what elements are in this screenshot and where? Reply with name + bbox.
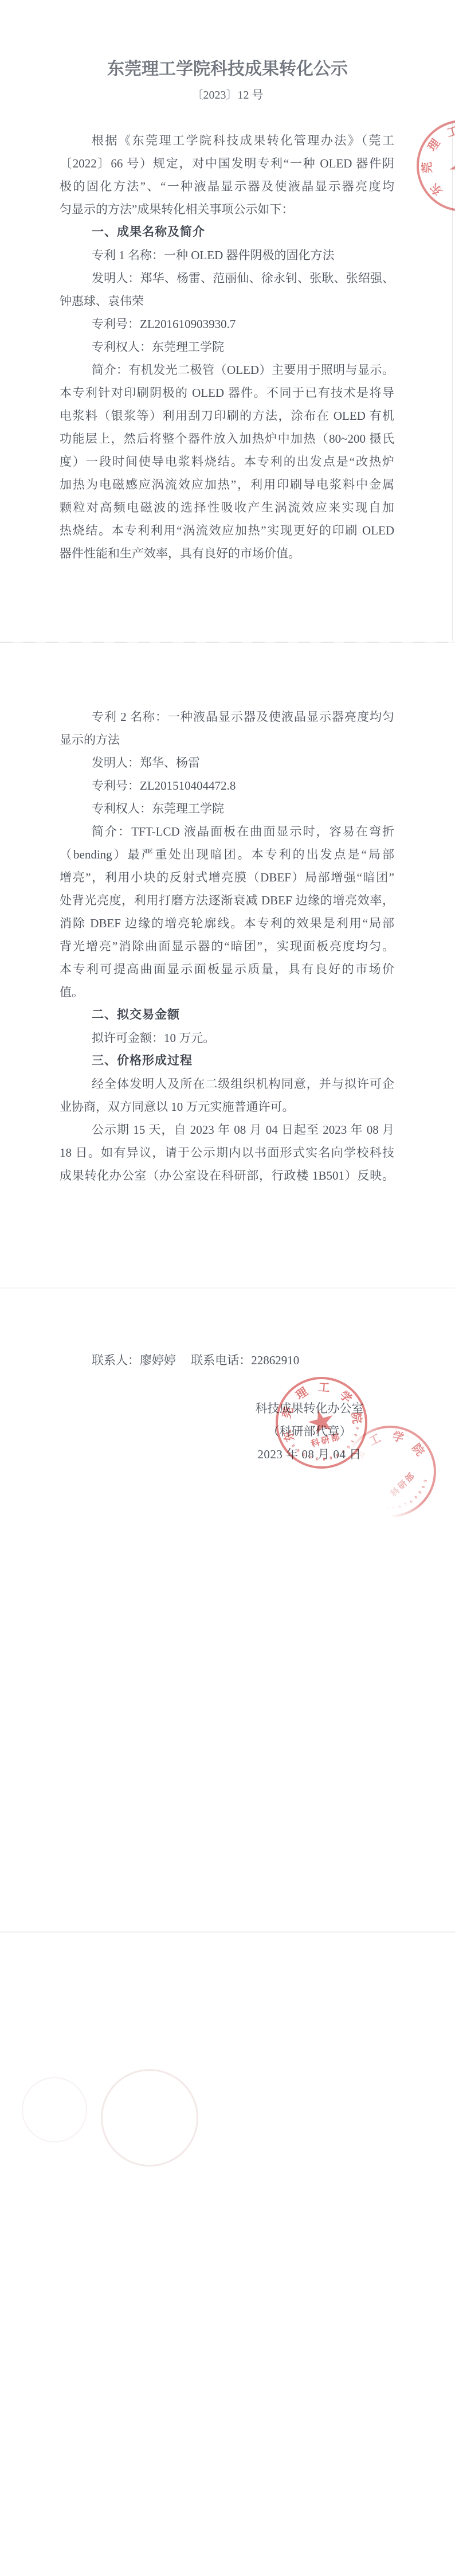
seal-serial-digit: 8 [386,1506,389,1511]
patent2-name-cont: 显示的方法 [60,728,394,751]
patent1-owner: 专利权人：东莞理工学院 [60,335,394,358]
patent2-name: 专利 2 名称：一种液晶显示器及使液晶显示器亮度均匀 [60,705,394,728]
seal-org-char: 院 [410,1442,426,1458]
text-line: 匀显示的方法”成果转化相关事项公示如下： [60,198,394,221]
seal-serial-digit: 7 [404,1502,408,1508]
patent1-summary-line: 加热为电磁感应涡流效应加热”，利用印刷导电浆料中金属 [60,473,394,496]
signature-block: 科技成果转化办公室 （科研部代章） 2023 年 08 月 04 日 [250,1397,369,1466]
seal-org-char: 理 [426,137,442,153]
publicity-period-line: 18 日。如有异议，请于公示期内以书面形式实名向学校科技 [60,1141,394,1164]
patent2-summary-line: 处背光亮度，利用打磨方法逐渐衰减 DBEF 边缘的增亮效率， [60,889,394,912]
seal-org-char: 莞 [422,162,434,174]
seal-serial-digit: 0 [421,1485,426,1489]
seal-org-char: 工 [318,1381,330,1394]
patent1-inventors: 发明人：郑华、杨雷、范丽仙、徐永钊、张耿、张绍强、 [60,267,394,290]
patent1-summary-line: 颗粒对高频电磁波的选择性吸收产生涡流效应来实现自加 [60,496,394,519]
seal-org-char: 工 [446,125,455,139]
seal-org-char: 学 [391,1431,405,1445]
seal-serial-digit: 0 [414,1495,418,1500]
section-heading-1: 一、成果名称及简介 [60,221,394,244]
page-break-divider [0,1287,455,1289]
seal-ring [399,102,455,230]
body-text-page2: 专利 2 名称：一种液晶显示器及使液晶显示器亮度均匀 显示的方法 发明人：郑华、… [60,705,394,1187]
document-title: 东莞理工学院科技成果转化公示 [0,57,455,81]
patent1-summary-line: 本专利针对印刷阴极的 OLED 器件。不同于已有技术是将导 [60,381,394,404]
scan-edge-artifact [452,122,453,641]
text-line: 〔2022〕66 号）规定，对中国发明专利“一种 OLED 器件阴 [60,152,394,175]
text-line: 根据《东莞理工学院科技成果转化管理办法》（莞工 [60,129,394,152]
patent1-number: 专利号：ZL201610903930.7 [60,313,394,335]
patent1-inventors-cont: 钟惠球、袁伟荣 [60,290,394,313]
seal-serial-digit: 5 [423,1480,428,1483]
patent2-summary-line: （bending）最严重处出现暗团。本专利的出发点是“局部 [60,843,394,866]
contact-info: 联系人：廖婷婷 联系电话：22862910 [60,1349,394,1372]
patent1-summary-line: 器件性能和生产效率，具有良好的市场价值。 [60,542,394,565]
seal-serial-digit: 9 [392,1506,395,1511]
body-text-page1: 根据《东莞理工学院科技成果转化管理办法》（莞工 〔2022〕66 号）规定，对中… [60,129,394,565]
patent1-summary-line: 电浆料（银浆等）利用刮刀印刷的方法，涂布在 OLED 有机 [60,404,394,427]
price-process-line: 经全体发明人及所在二级组织机构同意，并与拟许可企 [60,1072,394,1095]
page-break-divider [0,642,455,643]
seal-org-char: 工 [367,1433,383,1448]
patent2-inventors: 发明人：郑华、杨雷 [60,751,394,774]
section-heading-2: 二、拟交易金额 [60,1004,394,1027]
seal-serial-digit: 0 [418,1490,423,1495]
official-seal-partial-top: 东 莞 理 工 学 院 科研部 [399,102,455,230]
patent2-summary-line: 背光增亮”消除曲面显示器的“暗团”，实现面板亮度均匀。 [60,935,394,958]
price-process-line: 业协商，双方同意以 10 万元实施普通许可。 [60,1095,394,1118]
patent1-name: 专利 1 名称：一种 OLED 器件阴极的固化方法 [60,244,394,267]
patent1-summary-line: 功能层上，然后将整个器件放入加热炉中加热（80~200 摄氏 [60,427,394,450]
publicity-period-line: 公示期 15 天，自 2023 年 08 月 04 日起至 2023 年 08 … [60,1118,394,1141]
patent2-summary-line: 本专利可提高曲面显示面板显示质量，具有良好的市场价 [60,958,394,981]
seal-star-icon [444,147,455,183]
signing-office: 科技成果转化办公室 [250,1397,369,1420]
patent1-summary-line: 热烧结。本专利利用“涡流效应加热”实现更好的印刷 OLED [60,519,394,542]
patent1-summary-line: 简介：有机发光二极管（OLED）主要用于照明与显示。 [60,358,394,381]
seal-serial-digit: 6 [398,1504,402,1509]
seal-org-char: 莞 [350,1473,363,1486]
text-line: 极的固化方法”、“一种液晶显示器及使液晶显示器亮度均 [60,175,394,198]
seal-org-char: 东 [360,1491,376,1507]
patent2-owner: 专利权人：东莞理工学院 [60,797,394,820]
seal-dept-label: 科研部 [387,1469,418,1499]
patent1-summary-line: 度）一段时间使导电浆料烧结。本专利的出发点是“改热炉 [60,450,394,473]
document-issue-number: 〔2023〕12 号 [0,87,455,104]
section-heading-3: 三、价格形成过程 [60,1049,394,1072]
patent2-summary-line: 增亮”，利用小块的反射式增亮膜（DBEF）局部增强“暗团” [60,866,394,889]
license-amount: 拟许可金额：10 万元。 [60,1027,394,1049]
patent2-summary-line: 消除 DBEF 边缘的增亮轮廓线。本专利的效果是利用“局部 [60,912,394,935]
seal-org-char: 东 [429,181,445,197]
signing-date: 2023 年 08 月 04 日 [250,1443,369,1466]
publicity-period-line: 成果转化办公室（办公室设在科研部，行政楼 1B501）反映。 [60,1164,394,1187]
patent2-summary-line: 值。 [60,981,394,1004]
page-break-divider [0,1931,455,1933]
ghost-seal-mark [22,2077,87,2142]
seal-note: （科研部代章） [250,1420,369,1443]
scanned-document-page: 东莞理工学院科技成果转化公示 〔2023〕12 号 根据《东莞理工学院科技成果转… [0,0,455,2576]
seal-serial-digit: 6 [409,1499,414,1504]
ghost-seal-mark [101,2069,198,2167]
patent2-number: 专利号：ZL201510404472.8 [60,774,394,797]
patent2-summary-line: 简介：TFT-LCD 液晶面板在曲面显示时，容易在弯折 [60,820,394,843]
